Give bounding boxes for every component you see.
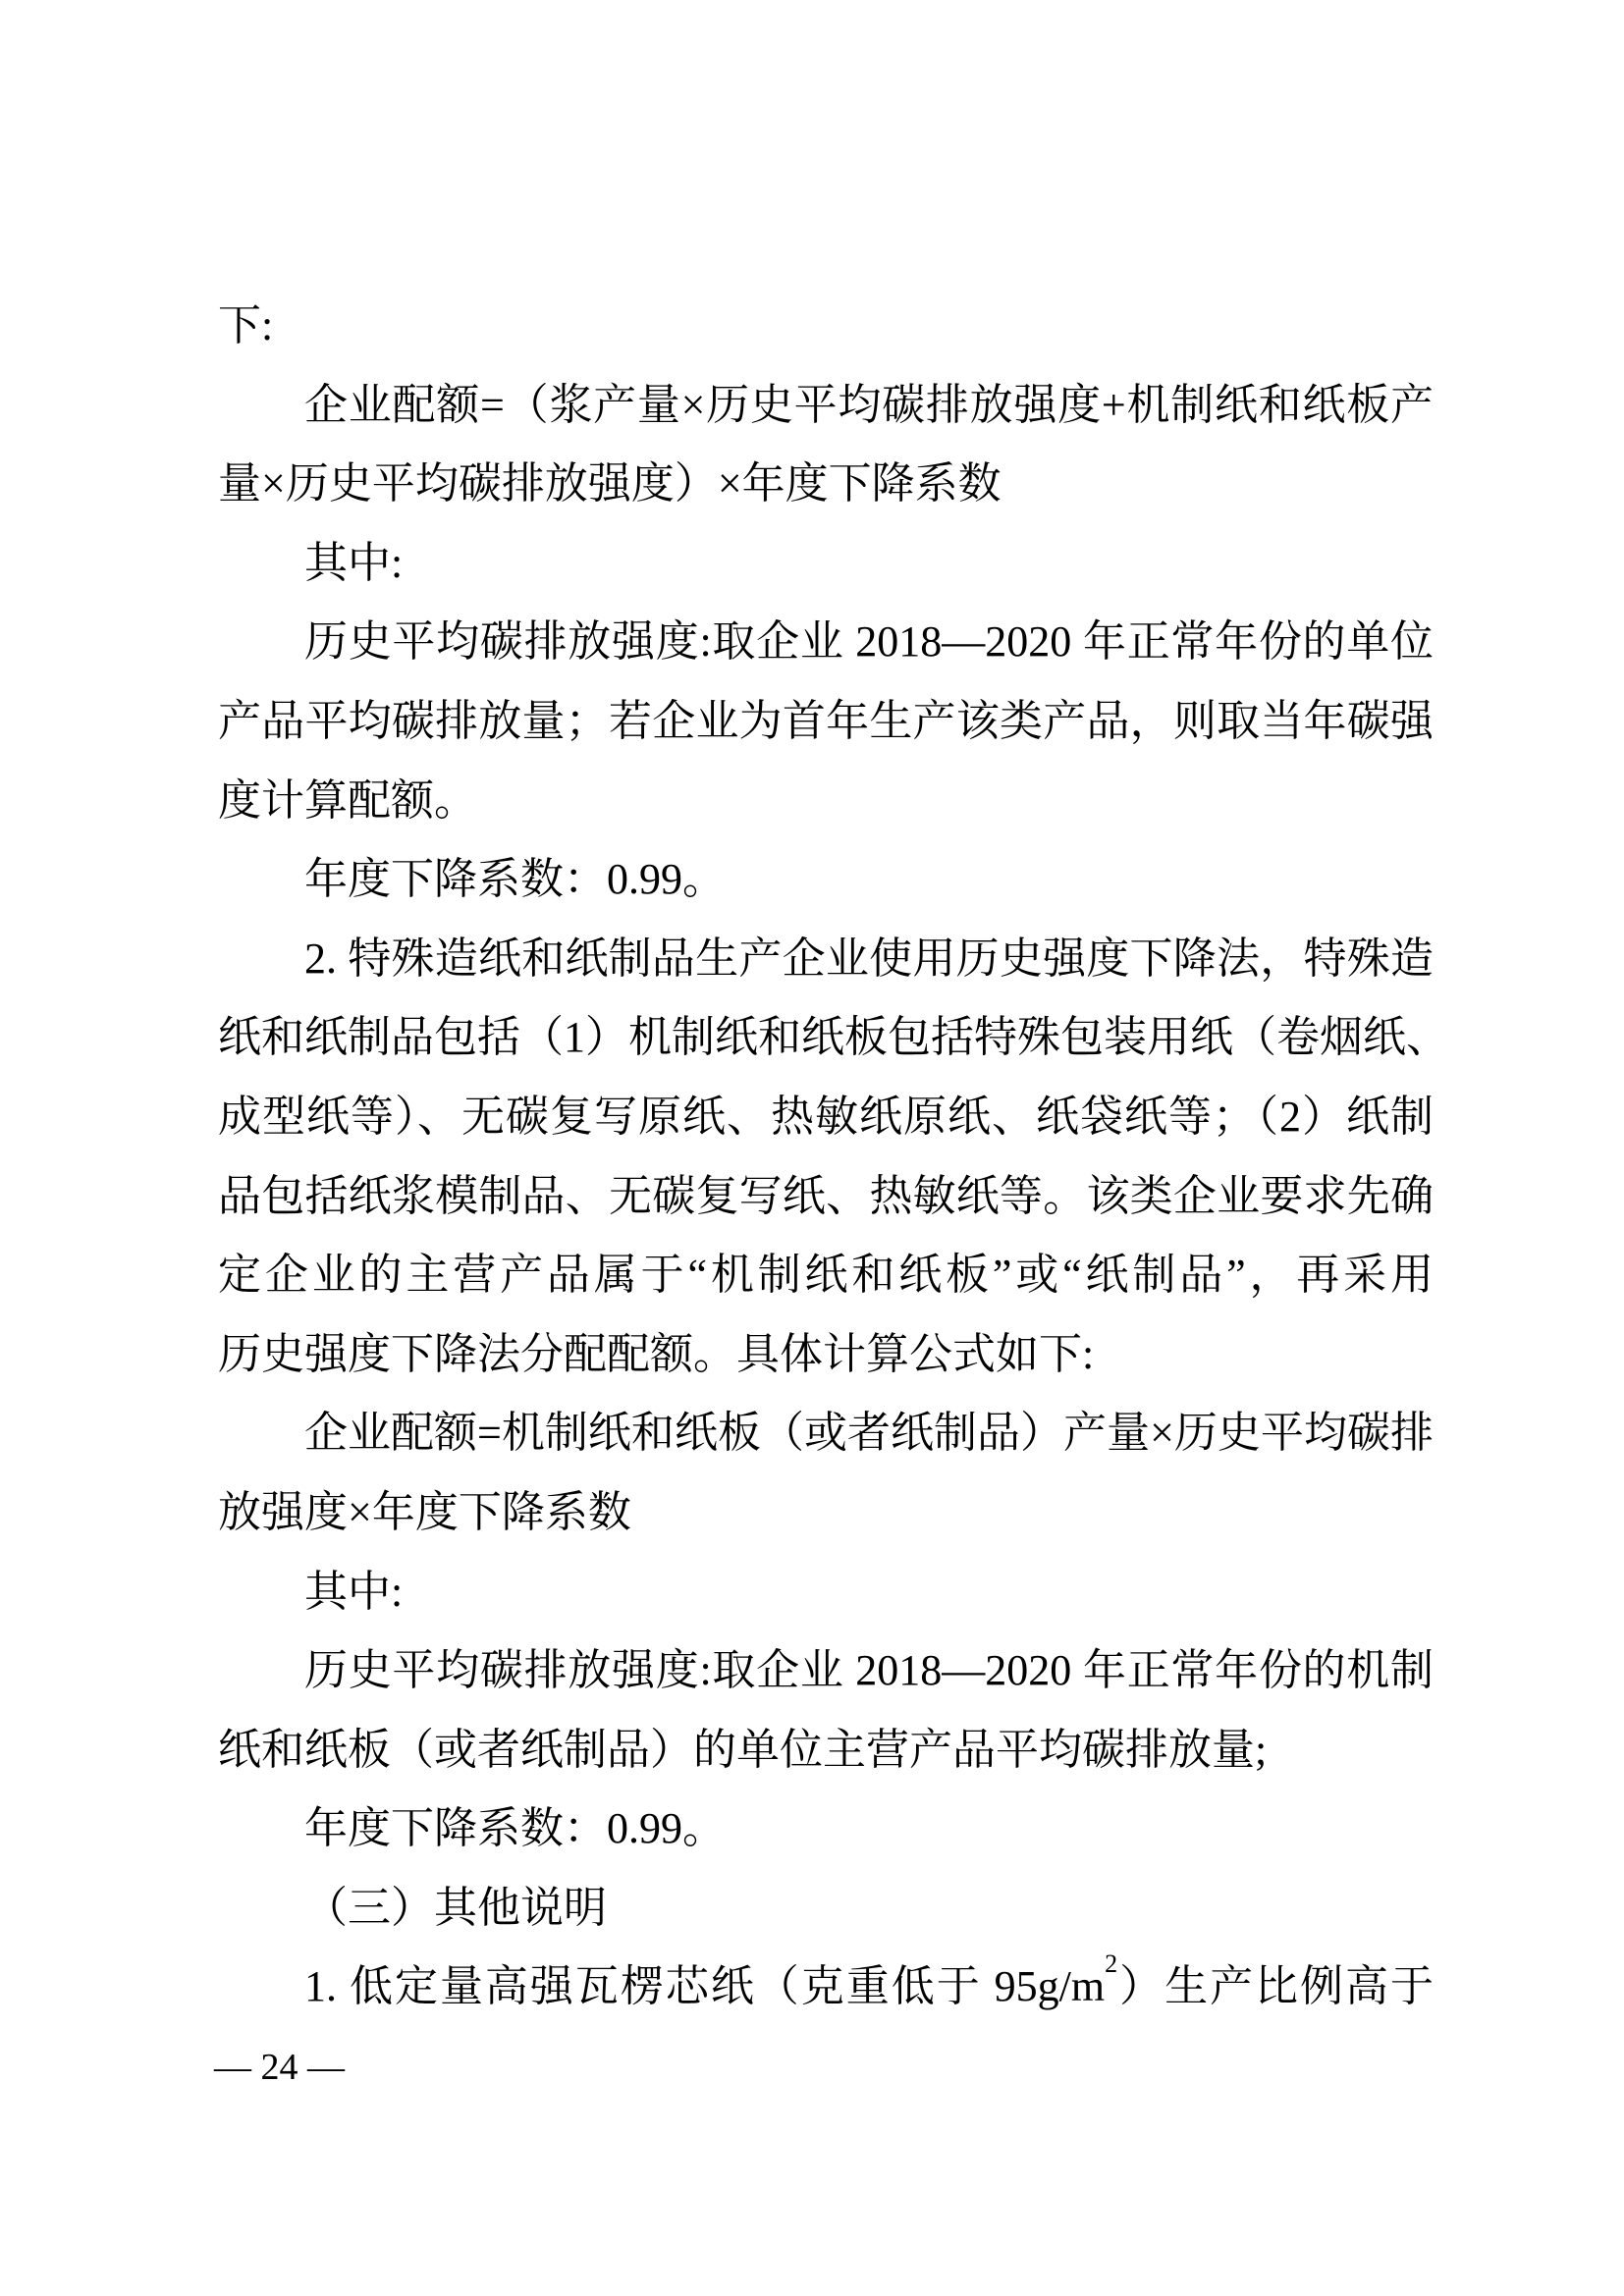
formula-line: 企业配额=机制纸和纸板（或者纸制品）产量×历史平均碳排 [218, 1394, 1434, 1473]
text-line: 其中: [218, 1553, 1434, 1632]
text-line: 年度下降系数：0.99。 [218, 1789, 1434, 1869]
text-line: 2. 特殊造纸和纸制品生产企业使用历史强度下降法，特殊造 [218, 920, 1434, 999]
page-number: — 24 — [214, 2044, 345, 2091]
text-block: 下: 企业配额=（浆产量×历史平均碳排放强度+机制纸和纸板产 量×历史平均碳排放… [218, 287, 1434, 2027]
text-line: 其中: [218, 524, 1434, 604]
text-line: 年度下降系数：0.99。 [218, 840, 1434, 920]
formula-line: 放强度×年度下降系数 [218, 1473, 1434, 1553]
text-line: 历史强度下降法分配配额。具体计算公式如下: [218, 1315, 1434, 1395]
text-line: 历史平均碳排放强度:取企业 2018—2020 年正常年份的单位 [218, 603, 1434, 682]
text-line-with-superscript: 1. 低定量高强瓦楞芯纸（克重低于 95g/m2）生产比例高于 [218, 1948, 1434, 2027]
section-heading: （三）其他说明 [218, 1869, 1434, 1949]
text-line: 纸和纸制品包括（1）机制纸和纸板包括特殊包装用纸（卷烟纸、 [218, 998, 1434, 1078]
text-segment: ）生产比例高于 [1117, 1962, 1434, 2010]
text-segment: 1. 低定量高强瓦楞芯纸（克重低于 95g/m [304, 1962, 1105, 2010]
text-line: 产品平均碳排放量；若企业为首年生产该类产品，则取当年碳强 [218, 682, 1434, 762]
formula-line: 企业配额=（浆产量×历史平均碳排放强度+机制纸和纸板产 [218, 366, 1434, 446]
superscript: 2 [1105, 1949, 1117, 1978]
text-line: 定企业的主营产品属于“机制纸和纸板”或“纸制品”，再采用 [218, 1236, 1434, 1315]
formula-line: 量×历史平均碳排放强度）×年度下降系数 [218, 445, 1434, 524]
text-line: 纸和纸板（或者纸制品）的单位主营产品平均碳排放量; [218, 1711, 1434, 1790]
text-line: 品包括纸浆模制品、无碳复写纸、热敏纸等。该类企业要求先确 [218, 1157, 1434, 1237]
text-line: 度计算配额。 [218, 762, 1434, 841]
text-line: 历史平均碳排放强度:取企业 2018—2020 年正常年份的机制 [218, 1631, 1434, 1711]
text-line: 成型纸等）、无碳复写原纸、热敏纸原纸、纸袋纸等；（2）纸制 [218, 1078, 1434, 1157]
document-page: 下: 企业配额=（浆产量×历史平均碳排放强度+机制纸和纸板产 量×历史平均碳排放… [0, 0, 1624, 2296]
text-line: 下: [218, 287, 1434, 366]
